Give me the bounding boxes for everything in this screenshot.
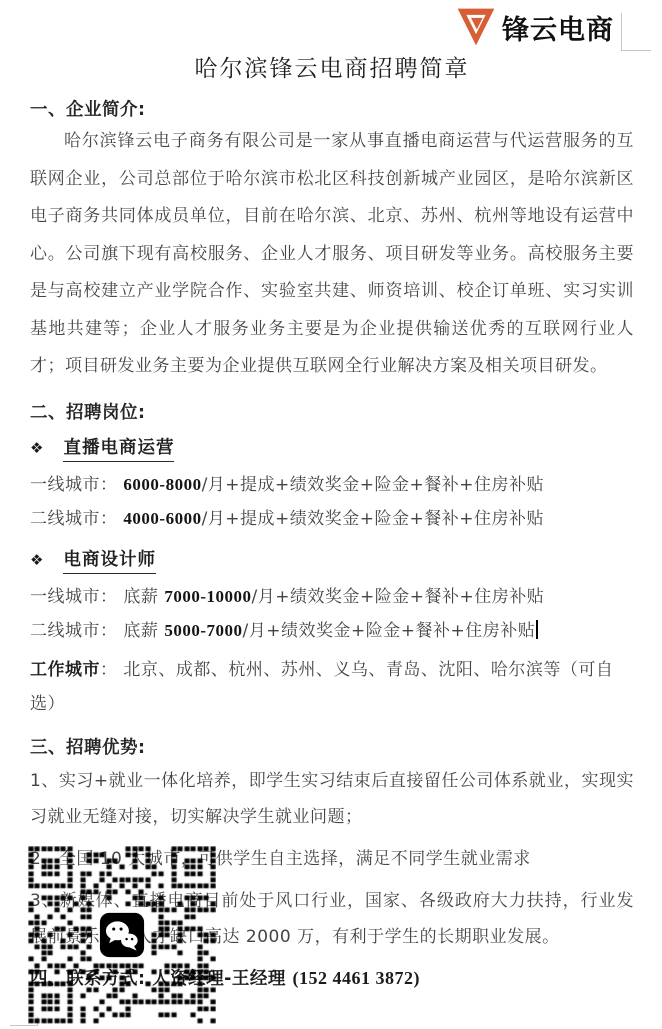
job-title-row: ❖ 电商设计师 [30,546,634,574]
company-intro-paragraph: 哈尔滨锋云电子商务有限公司是一家从事直播电商运营与代运营服务的互联网企业，公司总… [30,123,634,386]
salary-line: 一线城市： 底薪 7000-10000/月+绩效奖金+险金+餐补+住房补贴 [30,580,634,614]
salary-line: 一线城市： 6000-8000/月+提成+绩效奖金+险金+餐补+住房补贴 [30,468,634,502]
text-caret [536,620,538,639]
salary-prefix: 一线城市： 底薪 [30,587,164,607]
salary-suffix: /月+提成+绩效奖金+险金+餐补+住房补贴 [202,475,544,495]
document-content[interactable]: 哈尔滨锋云电商招聘简章 一、企业简介: 哈尔滨锋云电子商务有限公司是一家从事直播… [30,0,634,994]
salary-suffix: /月+提成+绩效奖金+险金+餐补+住房补贴 [202,509,544,529]
salary-amount: 4000-6000 [123,509,201,528]
salary-amount: 7000-10000 [164,587,251,606]
salary-prefix: 二线城市： [30,509,123,529]
salary-suffix: /月+绩效奖金+险金+餐补+住房补贴 [242,621,535,641]
contact-phone: (152 4461 3872) [292,968,420,988]
salary-amount: 6000-8000 [123,475,201,494]
salary-prefix: 二线城市： 底薪 [30,621,164,641]
page-title: 哈尔滨锋云电商招聘简章 [30,50,634,83]
salary-amount: 5000-7000 [164,621,242,640]
diamond-bullet-icon: ❖ [30,551,43,569]
section-1-heading: 一、企业简介: [30,96,634,121]
wechat-icon [99,912,145,958]
job-title-ecommerce-designer: 电商设计师 [63,546,156,574]
work-cities-list: ： 北京、成都、杭州、苏州、义乌、青岛、沈阳、哈尔滨等（可自选） [30,660,613,714]
salary-line: 二线城市： 4000-6000/月+提成+绩效奖金+险金+餐补+住房补贴 [30,502,634,536]
salary-prefix: 一线城市： [30,475,123,495]
work-cities-label: 工作城市 [30,660,100,680]
wechat-qr-block [28,846,216,1024]
diamond-bullet-icon: ❖ [30,439,43,457]
job-title-row: ❖ 直播电商运营 [30,434,634,462]
section-3-heading: 三、招聘优势: [30,734,634,759]
document-page: 锋云电商 哈尔滨锋云电商招聘简章 一、企业简介: 哈尔滨锋云电子商务有限公司是一… [0,0,662,1029]
advantage-item: 1、实习+就业一体化培养，即学生实习结束后直接留任公司体系就业，实现实习就业无缝… [30,763,634,835]
work-cities-line: 工作城市： 北京、成都、杭州、苏州、义乌、青岛、沈阳、哈尔滨等（可自选） [30,653,634,721]
section-2-heading: 二、招聘岗位: [30,399,634,424]
job-title-live-ecommerce: 直播电商运营 [63,434,174,462]
salary-line: 二线城市： 底薪 5000-7000/月+绩效奖金+险金+餐补+住房补贴 [30,614,634,648]
salary-suffix: /月+绩效奖金+险金+餐补+住房补贴 [251,587,544,607]
